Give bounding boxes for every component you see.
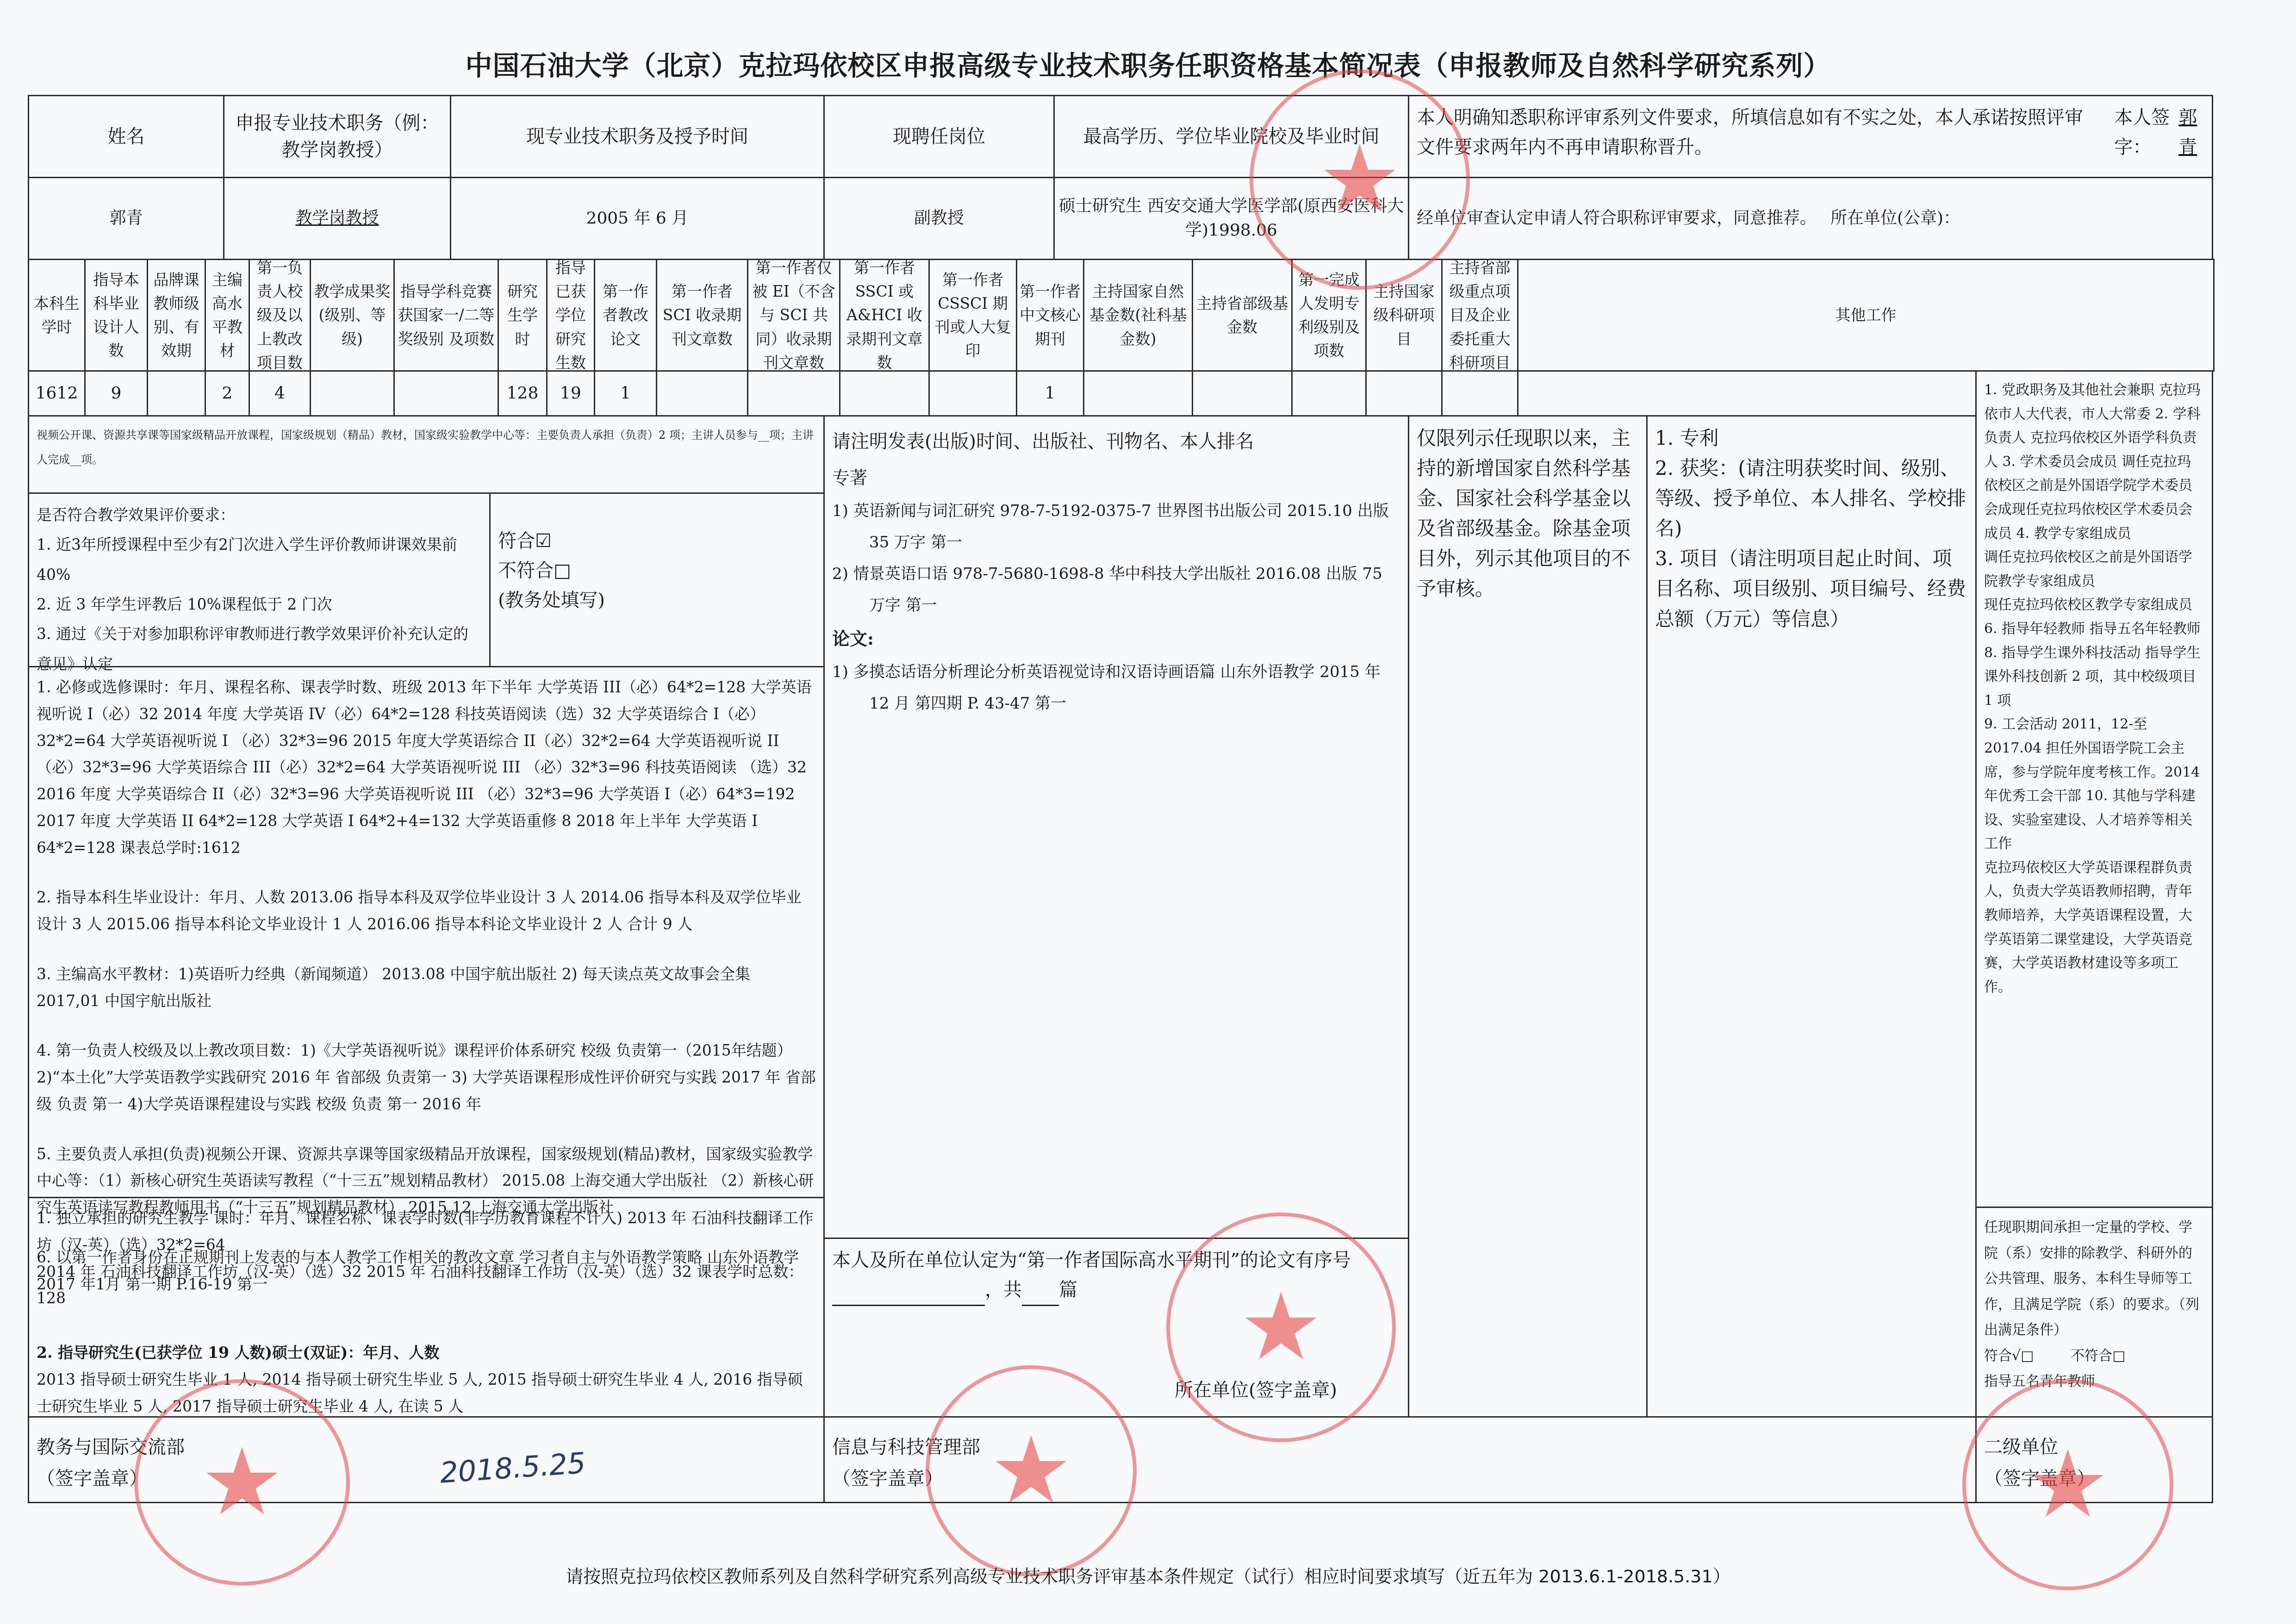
name-label: 姓名 [28,95,224,178]
unit-seal-label: 所在单位(公章)： [1830,206,1960,230]
stats-column-value: 1612 [28,370,86,417]
signoff-academic: 教务与国际交流部 （签字盖章） [28,1416,825,1503]
footnote: 请按照克拉玛依校区教师系列及自然科学研究系列高级专业技术职务评审基本条件规定（试… [0,1562,2296,1587]
teaching-detail-item: 1. 必修或选修课时：年月、课程名称、课表学时数、班级 2013 年下半年 大学… [37,674,816,861]
intl-text-1: 本人及所在单位认定为“第一作者国际高水平期刊”的论文有序号 [832,1250,1351,1271]
stats-column-value [393,370,499,417]
form-title: 中国石油大学（北京）克拉玛依校区申报高级专业技术职务任职资格基本简况表（申报教师… [0,44,2296,83]
stats-column-value: 128 [498,370,548,417]
apply-title-label: 申报专业技术职务（例：教学岗教授） [223,95,451,178]
stats-column-value [839,370,930,417]
stats-column-value: 4 [249,370,311,417]
signoff-unit: 二级单位 （签字盖章） [1975,1416,2213,1503]
grad-teaching-text: 1. 独立承担的研究生教学 课时：年月、课程名称、课表学时数(非学历教育课程不计… [37,1205,816,1312]
stats-column-header: 主持国家级科研项目 [1365,259,1443,372]
stats-column-value [928,370,1017,417]
stats-column-header: 主持省部级基金数 [1192,259,1293,372]
stats-column-header: 主编高水平教材 [205,259,250,372]
unit-sign-label: 所在单位(签字盖章) [1175,1375,1400,1405]
stats-column-value [1441,370,1518,417]
stats-column-header: 教学成果奖(级别、等级) [310,259,395,372]
signoff-note: （签字盖章） [832,1463,980,1494]
funds-note: 仅限列示任现职以来，主持的新增国家自然科学基金、国家社会科学基金以及省部级基金。… [1408,415,1648,1418]
stats-column-value [310,370,395,417]
intl-count-field[interactable] [1022,1275,1059,1306]
eval-criteria: 是否符合教学效果评价要求： 1. 近3年所授课程中至少有2门次进入学生评价教师讲… [28,492,491,667]
teaching-detail-item: 2. 指导本科生毕业设计：年月、人数 2013.06 指导本科及双学位毕业设计 … [37,884,816,938]
eval-filler-note: (教务处填写) [498,585,605,615]
stats-column-header: 第一完成人发明专利级别及项数 [1291,259,1367,372]
achievement-item: 1. 专利 [1655,423,1968,453]
stats-column-header: 品牌课教师级别、有效期 [147,259,206,372]
signoff-research: 信息与科技管理部 （签字盖章） [823,1416,1977,1503]
monograph-label: 专著 [832,460,1400,495]
signoff-note: （签字盖章） [37,1463,185,1494]
monograph-item: 1) 英语新闻与词汇研究 978-7-5192-0375-7 世界图书出版公司 … [832,495,1400,558]
eval-no-checkbox[interactable]: 不符合□ [498,556,605,585]
stats-column-header: 第一作者 SCI 收录期刊文章数 [656,259,748,372]
apply-title-value: 教学岗教授 [223,177,451,260]
pub-instruction: 请注明发表(出版)时间、出版社、刊物名、本人排名 [832,423,1400,460]
stats-column-value [1083,370,1193,417]
open-course-note: 视频公开课、资源共享课等国家级精品开放课程，国家级规划（精品）教材，国家级实验教… [28,415,825,494]
public-service-no[interactable]: 不符合□ [2071,1348,2125,1364]
stats-column-value [1365,370,1443,417]
stats-column-header: 第一作者 CSSCI 期刊或人大复印 [928,259,1017,372]
stats-column-value [747,370,840,417]
publications-cell: 请注明发表(出版)时间、出版社、刊物名、本人排名 专著 1) 英语新闻与词汇研究… [823,415,1409,1239]
paper-label: 论文: [832,621,1400,656]
signoff-dept: 信息与科技管理部 [832,1431,980,1463]
stats-column-header: 其他工作 [1517,259,2215,372]
stats-column-value: 19 [546,370,595,417]
teaching-detail-item: 3. 主编高水平教材：1)英语听力经典（新闻频道） 2013.08 中国宇航出版… [37,961,816,1014]
unit-review-text: 经单位审查认定申请人符合职称评审要求，同意推荐。 [1417,206,1817,230]
eval-title: 是否符合教学效果评价要求： [37,500,482,530]
grad-supervise-title: 2. 指导研究生(已获学位 19 人数)硕士(双证)：年月、人数 [37,1339,816,1366]
achievement-item: 2. 获奖：(请注明获奖时间、级别、等级、授予单位、本人排名、学校排名) [1655,453,1968,543]
stats-column-header: 主持国家自然基金数(社科基金数) [1083,259,1193,372]
eval-result: 符合☑ 不符合□ (教务处填写) [489,492,825,667]
other-work: 1. 党政职务及其他社会兼职 克拉玛依市人大代表，市人大常委 2. 学科负责人 … [1975,370,2213,1208]
stats-column-header: 指导本科毕业设计人数 [84,259,148,372]
intl-text-3: 篇 [1059,1279,1077,1300]
public-service-text: 任现职期间承担一定量的学校、学院（系）安排的除教学、科研外的公共管理、服务、本科… [1984,1214,2204,1343]
stats-column-value: 1 [594,370,657,417]
stats-column-header: 第一负责人校级及以上教改项目数 [249,259,311,372]
current-post-label: 现聘任岗位 [823,95,1055,178]
public-service-yes[interactable]: 符合√□ [1984,1348,2034,1364]
current-title-label: 现专业技术职务及授予时间 [450,95,825,178]
signature-value: 郭青 [2178,103,2204,162]
stats-column-value [147,370,206,417]
paper-item: 1) 多摸态话语分析理论分析英语视觉诗和汉语诗画语篇 山东外语教学 2015 年… [832,656,1400,719]
education-value: 硕士研究生 西安交通大学医学部(原西安医科大学)1998.06 [1053,177,1409,260]
education-label: 最高学历、学位毕业院校及毕业时间 [1053,95,1409,178]
stats-column-value: 2 [205,370,250,417]
unit-review-cell: 经单位审查认定申请人符合职称评审要求，同意推荐。 所在单位(公章)： [1408,177,2213,260]
eval-item: 2. 近 3 年学生评教后 10%课程低于 2 门次 [37,590,482,619]
stats-column-header: 本科生学时 [28,259,86,372]
teaching-detail-item: 4. 第一负责人校级及以上教改项目数：1)《大学英语视听说》课程评价体系研究 校… [37,1037,816,1117]
current-post-value: 副教授 [823,177,1055,260]
signature-label: 本人签字： [2114,103,2178,162]
teaching-details: 1. 必修或选修课时：年月、课程名称、课表学时数、班级 2013 年下半年 大学… [28,666,825,1198]
stats-column-value [1192,370,1293,417]
signoff-note: （签字盖章） [1984,1463,2095,1494]
signoff-dept: 二级单位 [1984,1431,2095,1463]
stats-column-header: 第一作者教改论文 [594,259,657,372]
stats-column-value: 1 [1016,370,1084,417]
public-service-cell: 任现职期间承担一定量的学校、学院（系）安排的除教学、科研外的公共管理、服务、本科… [1975,1207,2213,1418]
intl-serial-field[interactable] [832,1275,985,1306]
stats-column-header: 指导学科竞赛获国家一/二等奖级别 及项数 [393,259,499,372]
stats-column-value [1291,370,1367,417]
public-service-detail: 指导五名青年教师 [1984,1369,2204,1394]
stats-column-header: 指导已获学位研究生数 [546,259,595,372]
current-title-date: 2005 年 6 月 [450,177,825,260]
eval-item: 1. 近3年所授课程中至少有2门次进入学生评价教师讲课效果前 40% [37,530,482,590]
achievements-cell: 1. 专利2. 获奖：(请注明获奖时间、级别、等级、授予单位、本人排名、学校排名… [1646,415,1977,1418]
stats-column-header: 第一作者中文核心期刊 [1016,259,1084,372]
pledge-text: 本人明确知悉职称评审系列文件要求，所填信息如有不实之处，本人承诺按照评审文件要求… [1417,103,2086,162]
pledge-cell: 本人明确知悉职称评审系列文件要求，所填信息如有不实之处，本人承诺按照评审文件要求… [1408,95,2213,178]
stats-column-header: 第一作者 SSCI 或 A&HCI 收录期刊文章数 [839,259,930,372]
achievement-item: 3. 项目（请注明项目起止时间、项目名称、项目级别、项目编号、经费总额（万元）等… [1655,543,1968,634]
stats-column-header: 第一作者仅被 EI（不含与 SCI 共同）收录期刊文章数 [747,259,840,372]
intl-text-2: ，共 [985,1279,1022,1300]
grad-supervise-detail: 2013 指导硕士研究生毕业 1 人, 2014 指导硕士研究生毕业 5 人, … [37,1366,816,1420]
graduate-teaching: 1. 独立承担的研究生教学 课时：年月、课程名称、课表学时数(非学历教育课程不计… [28,1197,825,1418]
monograph-item: 2) 情景英语口语 978-7-5680-1698-8 华中科技大学出版社 20… [832,558,1400,621]
stats-column-header: 主持省部级重点项目及企业委托重大科研项目 [1441,259,1518,372]
signoff-dept: 教务与国际交流部 [37,1431,185,1463]
eval-yes-checkbox[interactable]: 符合☑ [498,526,605,556]
intl-paper-cell: 本人及所在单位认定为“第一作者国际高水平期刊”的论文有序号 ，共 篇 所在单位(… [823,1238,1409,1418]
stats-column-value: 9 [84,370,148,417]
stats-column-header: 研究生学时 [498,259,548,372]
applicant-name: 郭青 [28,177,224,260]
stats-column-value [656,370,748,417]
